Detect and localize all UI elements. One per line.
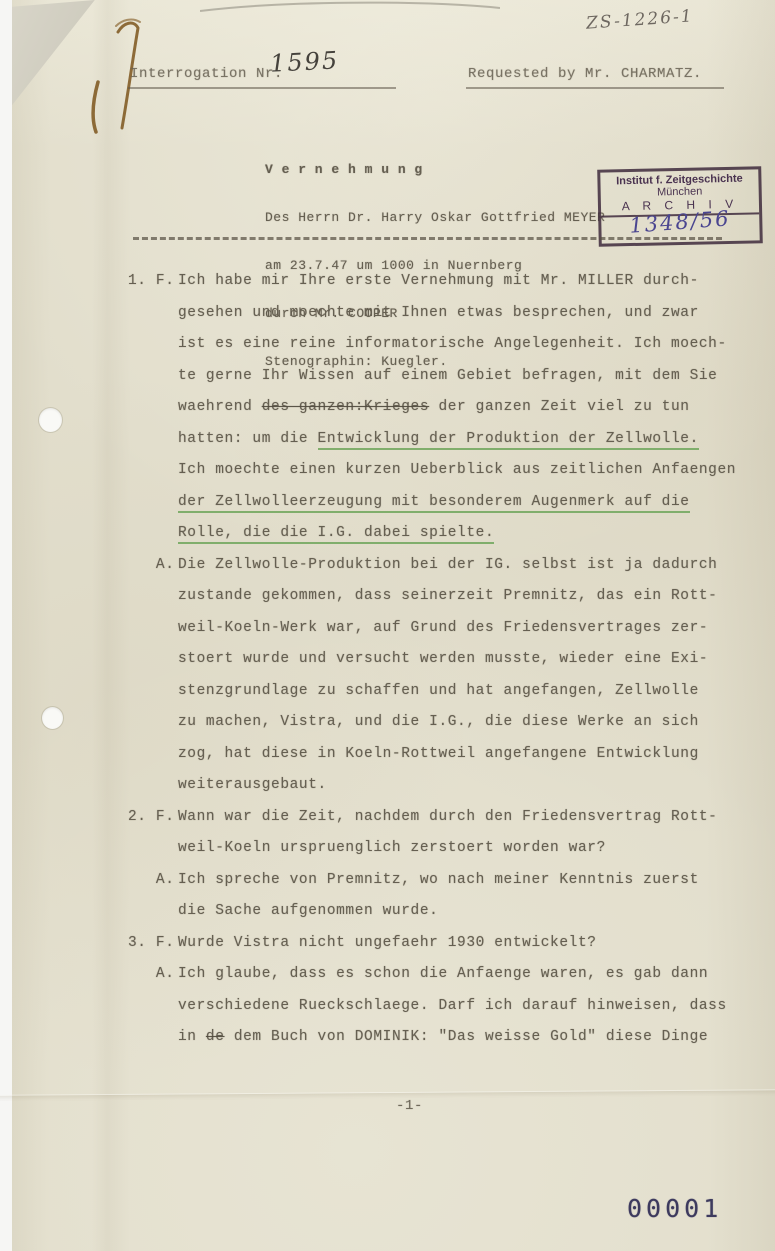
body-line: stenzgrundlage zu schaffen und hat angef…: [178, 676, 748, 708]
body-line: der Zellwolleerzeugung mit besonderem Au…: [178, 487, 748, 519]
serial-number-stamp: 00001: [627, 1194, 722, 1223]
body-line: gesehen und moechte mit Ihnen etwas besp…: [178, 298, 748, 330]
body-paragraph: 3. F.Wurde Vistra nicht ungefaehr 1930 e…: [128, 928, 748, 960]
body-line: zu machen, Vistra, und die I.G., die die…: [178, 707, 748, 739]
paragraph-marker: A.: [128, 550, 175, 582]
body-line: Wurde Vistra nicht ungefaehr 1930 entwic…: [178, 928, 748, 960]
body-line: Ich habe mir Ihre erste Vernehmung mit M…: [178, 266, 748, 298]
hearing-title: V e r n e h m u n g: [265, 162, 605, 178]
paragraph-marker: 2. F.: [128, 802, 175, 834]
body-line: zog, hat diese in Koeln-Rottweil angefan…: [178, 739, 748, 771]
page-number: -1-: [396, 1098, 423, 1114]
body-line: ist es eine reine informatorische Angele…: [178, 329, 748, 361]
hearing-subject: Des Herrn Dr. Harry Oskar Gottfried MEYE…: [265, 210, 605, 226]
interrogation-underline: [128, 87, 396, 89]
interrogation-number-handwritten: 1595: [269, 46, 339, 78]
body-line: verschiedene Rueckschlaege. Darf ich dar…: [178, 991, 748, 1023]
body-line: te gerne Ihr Wissen auf einem Gebiet bef…: [178, 361, 748, 393]
body-line: stoert wurde und versucht werden musste,…: [178, 644, 748, 676]
body-line: die Sache aufgenommen wurde.: [178, 896, 748, 928]
body-line: weiterausgebaut.: [178, 770, 748, 802]
paragraph-marker: A.: [128, 959, 175, 991]
requested-by-underline: [466, 87, 724, 89]
body-line: Rolle, die die I.G. dabei spielte.: [178, 518, 748, 550]
body-line: Ich spreche von Premnitz, wo nach meiner…: [178, 865, 748, 897]
body-line: Wann war die Zeit, nachdem durch den Fri…: [178, 802, 748, 834]
body-line: hatten: um die Entwicklung der Produktio…: [178, 424, 748, 456]
interrogation-label: Interrogation Nr.: [130, 66, 283, 82]
body-line: weil-Koeln urspruenglich zerstoert worde…: [178, 833, 748, 865]
punch-hole-bottom: [42, 707, 63, 729]
pencil-arc-mark: [200, 0, 500, 14]
body-paragraph: A.Die Zellwolle-Produktion bei der IG. s…: [128, 550, 748, 802]
body-line: zustande gekommen, dass seinerzeit Premn…: [178, 581, 748, 613]
body-paragraph: 2. F.Wann war die Zeit, nachdem durch de…: [128, 802, 748, 865]
scanned-document: ZS-1226-1 Interrogation Nr. 1595 Request…: [0, 0, 775, 1251]
body-line: weil-Koeln-Werk war, auf Grund des Fried…: [178, 613, 748, 645]
body-paragraph: A.Ich glaube, dass es schon die Anfaenge…: [128, 959, 748, 1054]
body-line: Ich glaube, dass es schon die Anfaenge w…: [178, 959, 748, 991]
body-line: waehrend des ganzen:Krieges der ganzen Z…: [178, 392, 748, 424]
body-paragraph: 1. F.Ich habe mir Ihre erste Vernehmung …: [128, 266, 748, 550]
punch-hole-top: [39, 408, 62, 432]
body-text: 1. F.Ich habe mir Ihre erste Vernehmung …: [128, 266, 748, 1054]
paragraph-marker: 1. F.: [128, 266, 175, 298]
body-line: Ich moechte einen kurzen Ueberblick aus …: [178, 455, 748, 487]
paragraph-marker: A.: [128, 865, 175, 897]
requested-by-label: Requested by Mr. CHARMATZ.: [468, 66, 702, 82]
archive-stamp: Institut f. Zeitgeschichte München A R C…: [597, 166, 763, 246]
body-line: in de dem Buch von DOMINIK: "Das weisse …: [178, 1022, 748, 1054]
paragraph-marker: 3. F.: [128, 928, 175, 960]
dashed-separator: [133, 237, 722, 240]
body-line: Die Zellwolle-Produktion bei der IG. sel…: [178, 550, 748, 582]
body-paragraph: A.Ich spreche von Premnitz, wo nach mein…: [128, 865, 748, 928]
